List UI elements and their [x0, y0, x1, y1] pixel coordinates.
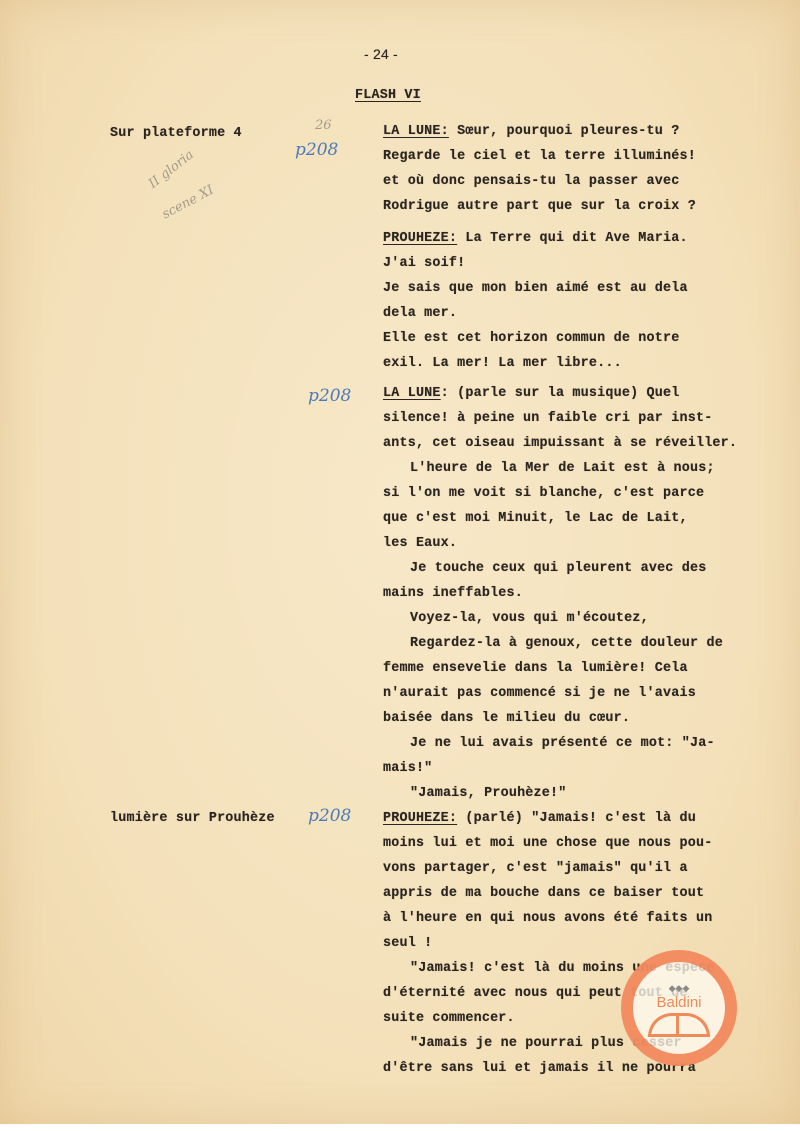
- dialogue-line: que c'est moi Minuit, le Lac de Lait,: [383, 511, 688, 527]
- dialogue-line: "Jamais, Prouhèze!": [410, 786, 566, 802]
- dialogue-line: vons partager, c'est "jamais" qu'il a: [383, 861, 688, 877]
- dialogue-line: femme ensevelie dans la lumière! Cela: [383, 661, 688, 677]
- dialogue-line: Regarde le ciel et la terre illuminés!: [383, 149, 696, 165]
- stage-direction: Sur plateforme 4: [110, 126, 242, 142]
- speaker-name: LA LUNE: [383, 386, 441, 401]
- speaker-name: LA LUNE:: [383, 124, 449, 139]
- dialogue-line: mais!": [383, 761, 432, 777]
- dialogue-line: seul !: [383, 936, 432, 952]
- page-number: - 24 -: [364, 46, 398, 62]
- pencil-annotation: 26: [315, 118, 332, 133]
- dialogue-line: si l'on me voit si blanche, c'est parce: [383, 486, 704, 502]
- document-page: - 24 - FLASH VI Sur plateforme 4 lumière…: [0, 0, 800, 1124]
- dialogue-line: Je touche ceux qui pleurent avec des: [410, 561, 707, 577]
- dialogue-line: et où donc pensais-tu la passer avec: [383, 174, 680, 190]
- dialogue-line: moins lui et moi une chose que nous pou-: [383, 836, 712, 852]
- page-reference-annotation: p208: [295, 140, 338, 160]
- dialogue-line: Voyez-la, vous qui m'écoutez,: [410, 611, 649, 627]
- dialogue-line: LA LUNE: (parle sur la musique) Quel: [383, 386, 680, 402]
- pencil-annotation: II gloria: [146, 147, 197, 191]
- dialogue-line: PROUHEZE: La Terre qui dit Ave Maria.: [383, 231, 688, 247]
- dialogue-line: suite commencer.: [383, 1011, 515, 1027]
- pencil-annotation: scene XI: [160, 183, 217, 223]
- dialogue-line: LA LUNE: Sœur, pourquoi pleures-tu ?: [383, 124, 680, 140]
- dialogue-line: exil. La mer! La mer libre...: [383, 356, 622, 372]
- dialogue-line: dela mer.: [383, 306, 457, 322]
- stage-direction: lumière sur Prouhèze: [110, 811, 275, 827]
- dialogue-line: silence! à peine un faible cri par inst-: [383, 411, 712, 427]
- dialogue-line: J'ai soif!: [383, 256, 465, 272]
- dialogue-line: les Eaux.: [383, 536, 457, 552]
- dialogue-line: Regardez-la à genoux, cette douleur de: [410, 636, 723, 652]
- dialogue-line: Rodrigue autre part que sur la croix ?: [383, 199, 696, 215]
- speaker-name: PROUHEZE:: [383, 231, 457, 246]
- dialogue-line: Je ne lui avais présenté ce mot: "Ja-: [410, 736, 715, 752]
- scene-title: FLASH VI: [355, 88, 421, 104]
- dialogue-line: baisée dans le milieu du cœur.: [383, 711, 630, 727]
- dialogue-line: PROUHEZE: (parlé) "Jamais! c'est là du: [383, 811, 696, 827]
- book-logo-icon: [648, 1013, 710, 1037]
- watermark-logo-text: ◆◆◆: [669, 983, 690, 994]
- dialogue-line: d'être sans lui et jamais il ne pourra: [383, 1061, 696, 1077]
- dialogue-line: ants, cet oiseau impuissant à se réveill…: [383, 436, 737, 452]
- dialogue-line: Je sais que mon bien aimé est au dela: [383, 281, 688, 297]
- speaker-name: PROUHEZE:: [383, 811, 457, 826]
- dialogue-line: mains ineffables.: [383, 586, 523, 602]
- watermark-name: Baldini: [656, 994, 701, 1011]
- dialogue-line: à l'heure en qui nous avons été faits un: [383, 911, 712, 927]
- dialogue-line: L'heure de la Mer de Lait est à nous;: [410, 461, 715, 477]
- baldini-watermark: ◆◆◆ Baldini: [621, 950, 737, 1066]
- page-reference-annotation: p208: [308, 806, 351, 826]
- page-reference-annotation: p208: [308, 386, 351, 406]
- dialogue-line: Elle est cet horizon commun de notre: [383, 331, 680, 347]
- dialogue-line: appris de ma bouche dans ce baiser tout: [383, 886, 704, 902]
- dialogue-line: n'aurait pas commencé si je ne l'avais: [383, 686, 696, 702]
